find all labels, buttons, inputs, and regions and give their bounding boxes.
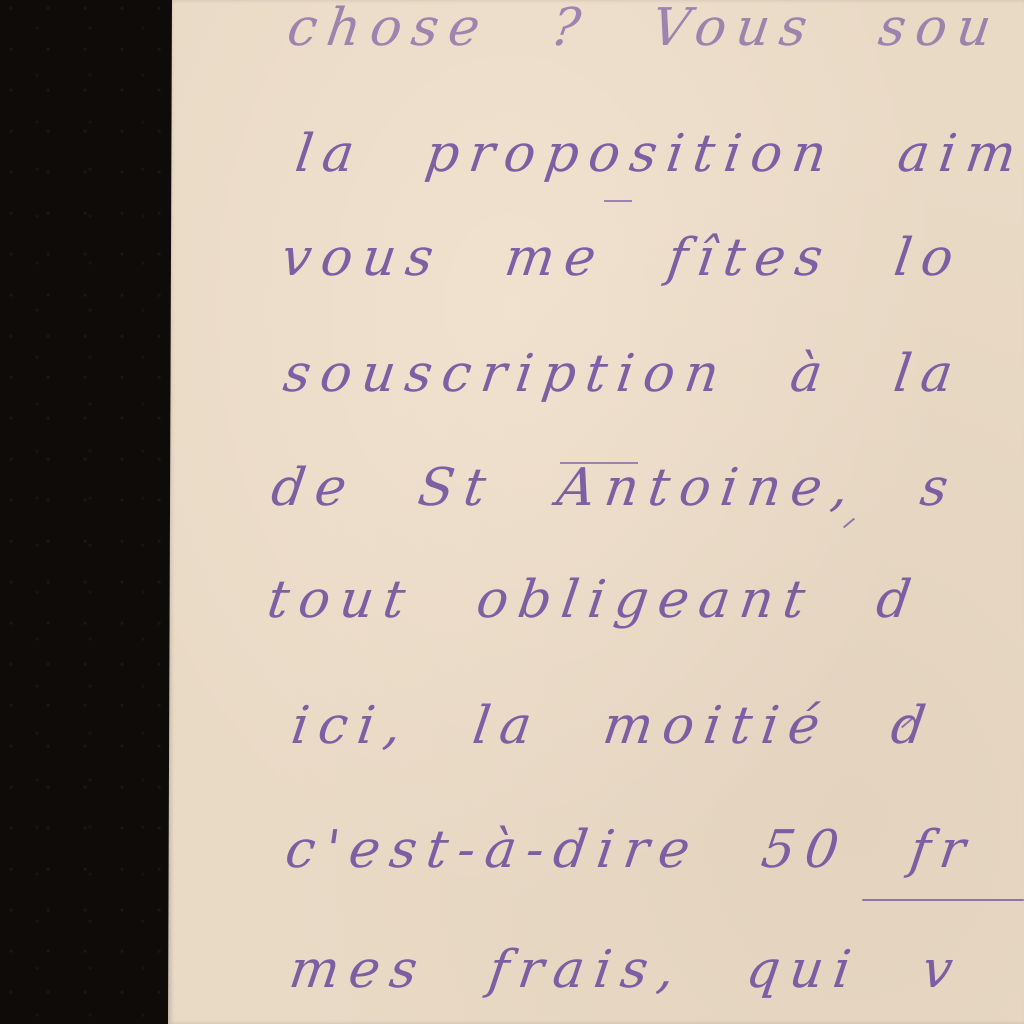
letter-line-4: souscription à la bbox=[280, 348, 965, 400]
letter-line-3: vous me fîtes lo bbox=[278, 232, 966, 284]
comma-mark bbox=[843, 518, 855, 529]
letter-line-9: mes frais, qui v bbox=[286, 944, 965, 996]
t-cross-stroke bbox=[560, 462, 638, 464]
circumflex-stroke bbox=[604, 200, 632, 202]
handwritten-text-block: chose ? Vous sou la proposition aima vou… bbox=[0, 0, 1024, 1024]
letter-line-5: de St Antoine, s bbox=[268, 462, 961, 514]
letter-line-1: chose ? Vous sou bbox=[284, 2, 1004, 54]
letter-line-2: la proposition aima bbox=[292, 128, 1024, 180]
amount-underline bbox=[862, 899, 1024, 901]
letter-line-8: c'est-à-dire 50 fr bbox=[282, 824, 978, 876]
letter-line-6: tout obligeant d bbox=[264, 574, 924, 626]
letter-line-7: ici, la moitié d bbox=[288, 700, 938, 752]
